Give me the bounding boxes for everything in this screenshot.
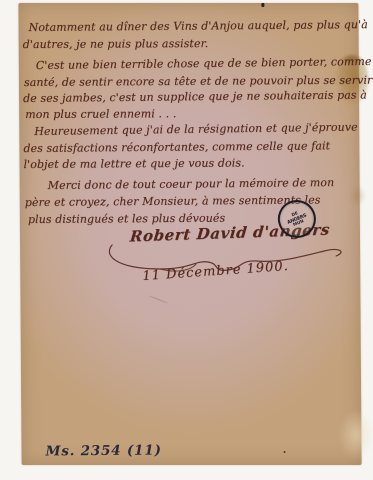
ink-speck	[261, 3, 264, 7]
letter-page: Notamment au dîner des Vins d'Anjou auqu…	[18, 3, 361, 465]
letter-line: Heureusement que j'ai de la résignation …	[34, 120, 358, 138]
letter-line: l'objet de ma lettre et que je vous dois…	[23, 156, 244, 171]
stamp-text: DE ANGERS MUN	[285, 208, 309, 229]
letter-line: père et croyez, cher Monsieur, à mes sen…	[25, 193, 321, 209]
letter-line: mon plus cruel ennemi . . .	[25, 107, 176, 121]
letter-line: des satisfactions réconfortantes, comme …	[23, 139, 330, 155]
catalog-number: Ms. 2354 (11)	[45, 442, 161, 459]
ink-speck	[284, 451, 286, 453]
letter-line: d'autres, je ne puis plus assister.	[23, 37, 209, 51]
stain	[350, 185, 366, 207]
letter-line: C'est une bien terrible chose que de se …	[36, 55, 372, 72]
letter-line: Notamment au dîner des Vins d'Anjou auqu…	[28, 18, 367, 34]
worn-patch	[339, 411, 373, 459]
letter-line: Merci donc de tout coeur pour la mémoire…	[48, 176, 335, 192]
letter-line: plus distingués et les plus dévoués	[28, 212, 225, 226]
letter-line: santé, de sentir encore sa tête et de ne…	[24, 74, 373, 89]
scanned-letter-photo: { "colors": { "bg": "#f6f5f2", "paper-ed…	[0, 0, 373, 480]
letter-line: de ses jambes, c'est un supplice que je …	[23, 88, 367, 105]
scratch-mark	[149, 295, 168, 303]
